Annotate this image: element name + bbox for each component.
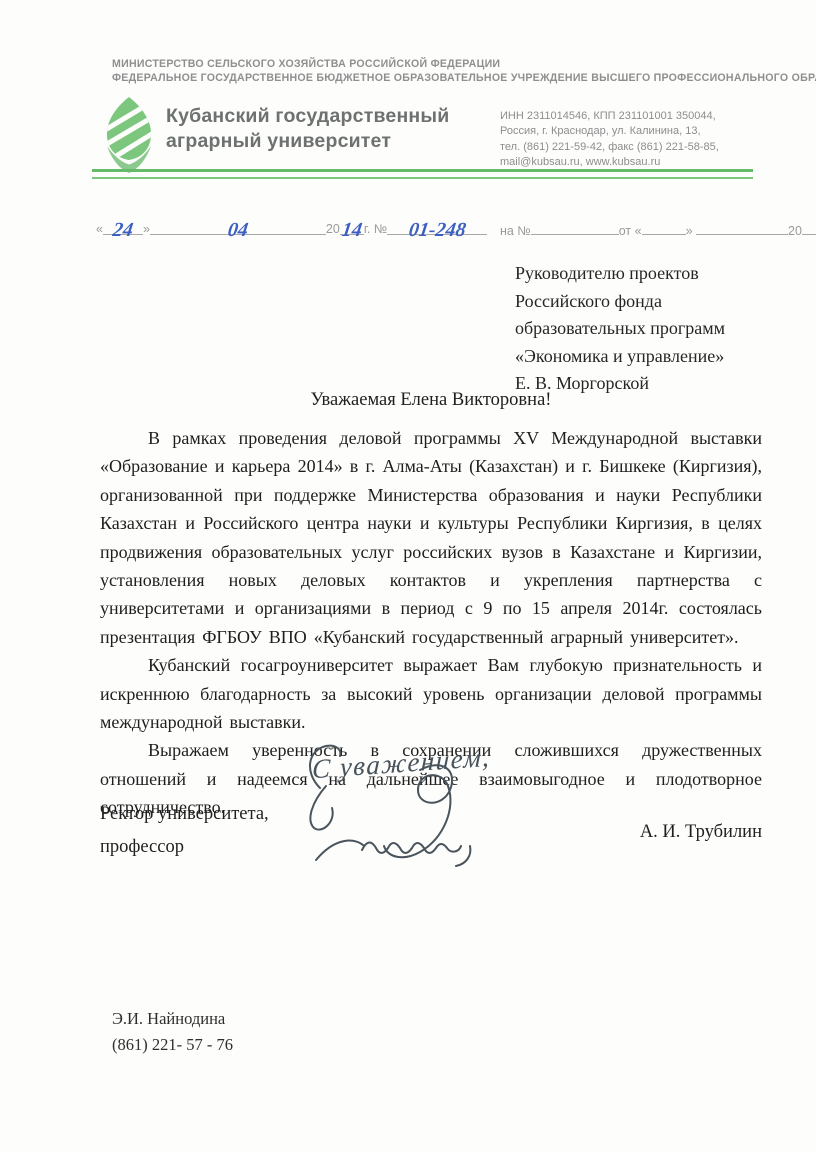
university-name-line-2: аграрный университет <box>166 129 449 154</box>
signer-name: А. И. Трубилин <box>100 822 762 843</box>
year-prefix: 20 <box>326 222 340 236</box>
reply-reference-line: на №от «» 20г. <box>500 222 816 238</box>
reply-month-field <box>696 222 788 235</box>
ot-label: от « <box>619 224 642 238</box>
date-number-line: «24»042014г. №01-248 <box>96 222 487 236</box>
body-paragraph-1: В рамках проведения деловой программы XV… <box>100 424 762 651</box>
ministry-line-2: ФЕДЕРАЛЬНОЕ ГОСУДАРСТВЕННОЕ БЮДЖЕТНОЕ ОБ… <box>112 72 816 84</box>
recipient-block: Руководителю проектов Российского фонда … <box>515 260 725 398</box>
reply-year-prefix: 20 <box>788 224 802 238</box>
executor-name: Э.И. Найнодина <box>112 1006 233 1032</box>
salutation: Уважаемая Елена Викторовна! <box>100 390 762 411</box>
green-leaf-icon <box>99 96 159 174</box>
recipient-line: «Экономика и управление» <box>515 343 725 371</box>
letter-page: МИНИСТЕРСТВО СЕЛЬСКОГО ХОЗЯЙСТВА РОССИЙС… <box>0 0 816 1153</box>
recipient-line: образовательных программ <box>515 315 725 343</box>
contact-address: Россия, г. Краснодар, ул. Калинина, 13, <box>500 124 719 139</box>
university-logo <box>99 96 159 174</box>
header-rule-thick <box>92 169 753 172</box>
handwritten-day: 24 <box>112 225 133 235</box>
month-field: 04 <box>150 222 326 235</box>
reply-year-field <box>802 222 816 235</box>
header-rule-thin <box>92 177 753 179</box>
reply-number-field <box>531 222 619 235</box>
year-field: 14 <box>340 222 364 235</box>
handwritten-year: 14 <box>341 225 362 235</box>
handwritten-number: 01-248 <box>408 225 466 235</box>
handwritten-month: 04 <box>227 225 248 235</box>
year-suffix: г. <box>364 222 371 236</box>
recipient-line: Российского фонда <box>515 288 725 316</box>
body-paragraph-2: Кубанский госагроуниверситет выражает Ва… <box>100 651 762 736</box>
contact-inn: ИНН 2311014546, КПП 231101001 350044, <box>500 109 719 124</box>
executor-block: Э.И. Найнодина (861) 221- 57 - 76 <box>112 1006 233 1058</box>
number-label: № <box>374 222 387 236</box>
university-name: Кубанский государственный аграрный униве… <box>166 104 449 154</box>
ministry-line-1: МИНИСТЕРСТВО СЕЛЬСКОГО ХОЗЯЙСТВА РОССИЙС… <box>112 58 500 70</box>
day-field: 24 <box>103 222 143 235</box>
na-label: на № <box>500 224 531 238</box>
recipient-line: Руководителю проектов <box>515 260 725 288</box>
executor-phone: (861) 221- 57 - 76 <box>112 1032 233 1058</box>
university-name-line-1: Кубанский государственный <box>166 104 449 129</box>
open-quote: « <box>96 222 103 236</box>
handwritten-signature-icon <box>292 742 532 872</box>
close-quote: » <box>143 222 150 236</box>
contact-phone-fax: тел. (861) 221-59-42, факс (861) 221-58-… <box>500 140 719 155</box>
contact-block: ИНН 2311014546, КПП 231101001 350044, Ро… <box>500 109 719 171</box>
reply-close-quote: » <box>686 224 693 238</box>
number-field: 01-248 <box>387 222 487 235</box>
reply-day-field <box>642 222 686 235</box>
signature-area <box>292 742 532 872</box>
